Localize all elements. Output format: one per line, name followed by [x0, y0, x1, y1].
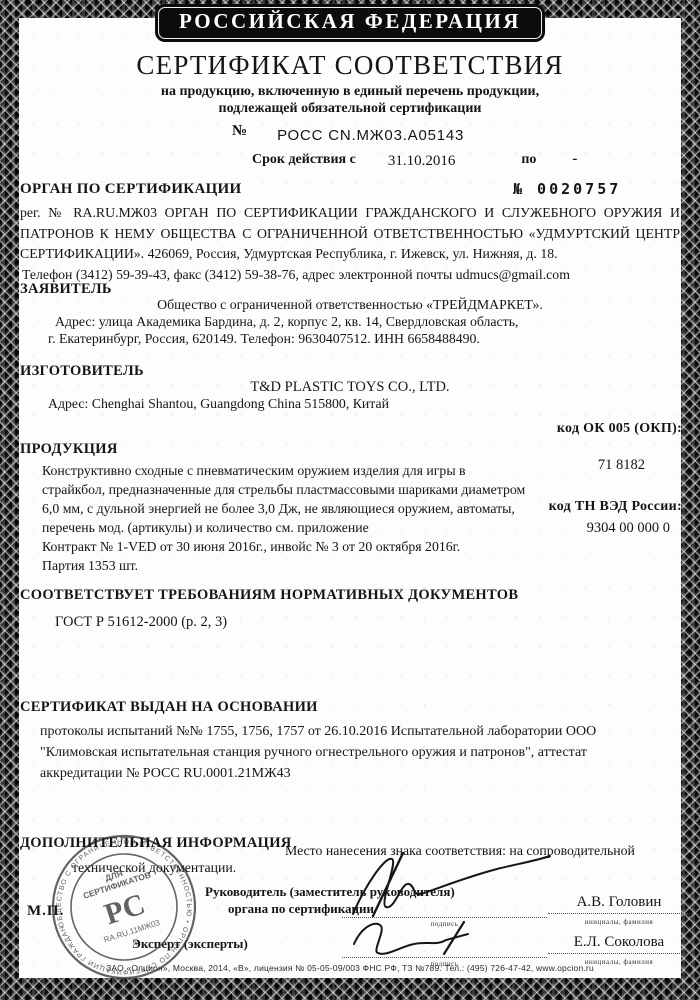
expert-name: Е.Л. Соколова	[548, 934, 690, 954]
product-line: Конструктивно сходные с пневматическим о…	[42, 461, 525, 480]
head-name-caption: инициалы, фамилия	[548, 918, 690, 926]
product-line: 6,0 мм, с дульной энергией не более 3,0 …	[42, 499, 525, 518]
certificate-page: РОССИЙСКАЯ ФЕДЕРАЦИЯ СЕРТИФИКАТ СООТВЕТС…	[0, 0, 700, 1000]
product-heading: ПРОДУКЦИЯ	[20, 441, 118, 458]
certificate-number-label: №	[232, 123, 247, 139]
validity-label: Срок действия с	[252, 152, 356, 167]
okp-code-value: 71 8182	[598, 457, 645, 474]
country-banner: РОССИЙСКАЯ ФЕДЕРАЦИЯ	[155, 4, 545, 42]
certificate-subtitle-line1: на продукцию, включенную в единый перече…	[0, 84, 700, 100]
certification-body-description: рег. № RA.RU.МЖ03 ОРГАН ПО СЕРТИФИКАЦИИ …	[20, 203, 680, 265]
head-signature-scribble	[345, 852, 555, 918]
product-line: Партия 1353 шт.	[42, 556, 525, 575]
certificate-number-row: № РОСС CN.МЖ03.А05143	[232, 122, 464, 140]
blank-form-number: № 0020757	[513, 180, 621, 198]
validity-from-date: 31.10.2016	[388, 153, 456, 169]
validity-to-value: -	[572, 151, 577, 167]
basis-heading: СЕРТИФИКАТ ВЫДАН НА ОСНОВАНИИ	[20, 699, 318, 716]
product-line: перечень мод. (артикулы) и количество см…	[42, 518, 525, 537]
product-description: Конструктивно сходные с пневматическим о…	[42, 461, 525, 575]
certification-body-heading: ОРГАН ПО СЕРТИФИКАЦИИ	[20, 181, 242, 198]
basis-text: протоколы испытаний №№ 1755, 1756, 1757 …	[40, 721, 596, 784]
country-banner-text: РОССИЙСКАЯ ФЕДЕРАЦИЯ	[158, 7, 542, 39]
conformity-heading: СООТВЕТСТВУЕТ ТРЕБОВАНИЯМ НОРМАТИВНЫХ ДО…	[20, 587, 518, 604]
basis-line: протоколы испытаний №№ 1755, 1756, 1757 …	[40, 721, 596, 742]
manufacturer-address: Адрес: Chenghai Shantou, Guangdong China…	[48, 394, 389, 415]
expert-signature-scribble	[348, 918, 498, 960]
product-line: страйкбол, предназначенные для стрельбы …	[42, 480, 525, 499]
conformity-standard: ГОСТ Р 51612-2000 (р. 2, 3)	[55, 614, 227, 631]
validity-row: Срок действия с 31.10.2016 по -	[252, 150, 577, 168]
basis-line: "Климовская испытательная станция ручног…	[40, 742, 596, 763]
additional-info-heading: ДОПОЛНИТЕЛЬНАЯ ИНФОРМАЦИЯ	[20, 835, 292, 852]
basis-line: аккредитации № РОСС RU.0001.21МЖ43	[40, 763, 596, 784]
tnved-code-value: 9304 00 000 0	[587, 520, 670, 537]
stamp-star: *	[131, 936, 142, 952]
okp-code-label: код ОК 005 (ОКП):	[557, 421, 682, 437]
tnved-code-label: код ТН ВЭД России:	[549, 499, 682, 515]
head-name: А.В. Головин	[548, 894, 690, 914]
certificate-title: СЕРТИФИКАТ СООТВЕТСТВИЯ	[0, 50, 700, 81]
additional-info-line2: технической документации.	[72, 858, 236, 879]
certificate-number-value: РОСС CN.МЖ03.А05143	[277, 127, 464, 144]
validity-to-label: по	[521, 152, 536, 167]
stamp-place-label: М.П.	[27, 903, 64, 920]
applicant-address-line2: г. Екатеринбург, Россия, 620149. Телефон…	[48, 329, 480, 350]
certificate-subtitle-line2: подлежащей обязательной сертификации	[0, 101, 700, 117]
product-line: Контракт № 1-VED от 30 июня 2016г., инво…	[42, 537, 525, 556]
